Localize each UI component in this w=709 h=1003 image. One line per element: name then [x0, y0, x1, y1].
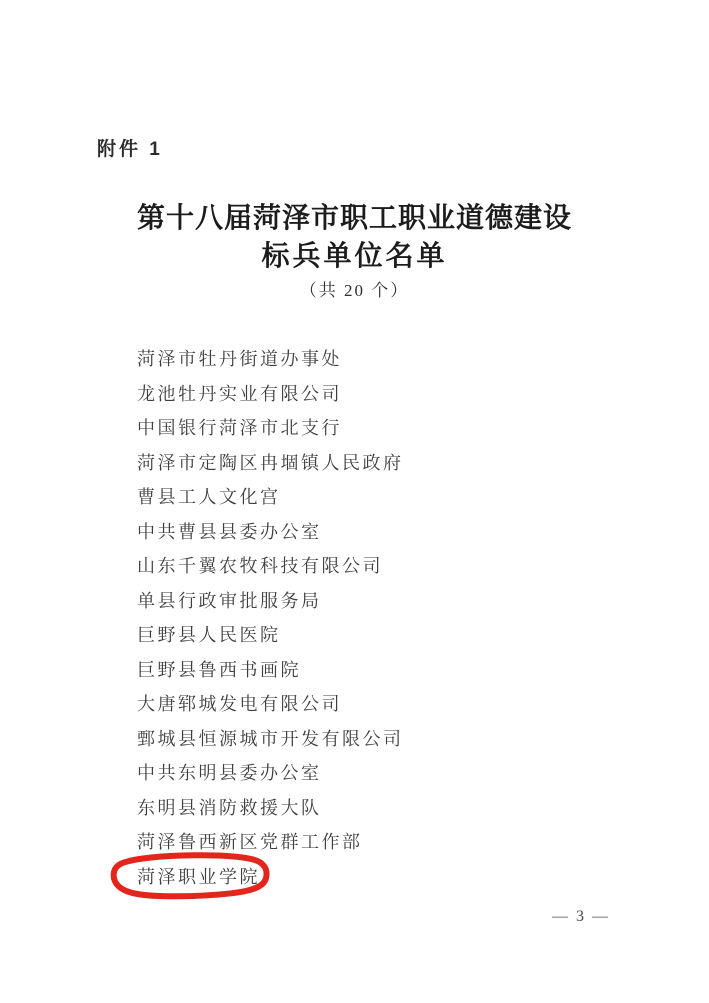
- unit-list-item: 巨野县人民医院: [137, 618, 404, 653]
- unit-list-item: 中共曹县县委办公室: [137, 515, 404, 550]
- document-page: 附件 1 第十八届菏泽市职工职业道德建设 标兵单位名单 （共 20 个） 菏泽市…: [0, 0, 709, 1003]
- document-title-line1: 第十八届菏泽市职工职业道德建设: [0, 200, 709, 238]
- unit-list-item: 曹县工人文化宫: [137, 480, 404, 515]
- unit-list: 菏泽市牡丹街道办事处 龙池牡丹实业有限公司 中国银行菏泽市北支行 菏泽市定陶区冉…: [137, 342, 404, 894]
- unit-list-item-highlighted: 菏泽职业学院: [137, 860, 404, 895]
- unit-list-item: 山东千翼农牧科技有限公司: [137, 549, 404, 584]
- unit-list-item: 中国银行菏泽市北支行: [137, 411, 404, 446]
- unit-list-item: 东明县消防救援大队: [137, 791, 404, 826]
- unit-list-item: 单县行政审批服务局: [137, 584, 404, 619]
- unit-list-item: 鄄城县恒源城市开发有限公司: [137, 722, 404, 757]
- document-subtitle-count: （共 20 个）: [0, 279, 709, 303]
- unit-list-item: 大唐郓城发电有限公司: [137, 687, 404, 722]
- unit-list-item: 菏泽市定陶区冉堌镇人民政府: [137, 446, 404, 481]
- unit-list-item: 菏泽鲁西新区党群工作部: [137, 825, 404, 860]
- page-number: — 3 —: [552, 908, 610, 926]
- document-title: 第十八届菏泽市职工职业道德建设 标兵单位名单: [0, 200, 709, 276]
- unit-list-item: 中共东明县委办公室: [137, 756, 404, 791]
- unit-list-item: 龙池牡丹实业有限公司: [137, 377, 404, 412]
- unit-list-item: 巨野县鲁西书画院: [137, 653, 404, 688]
- document-title-line2: 标兵单位名单: [0, 238, 709, 276]
- attachment-label: 附件 1: [97, 134, 163, 161]
- unit-list-item: 菏泽市牡丹街道办事处: [137, 342, 404, 377]
